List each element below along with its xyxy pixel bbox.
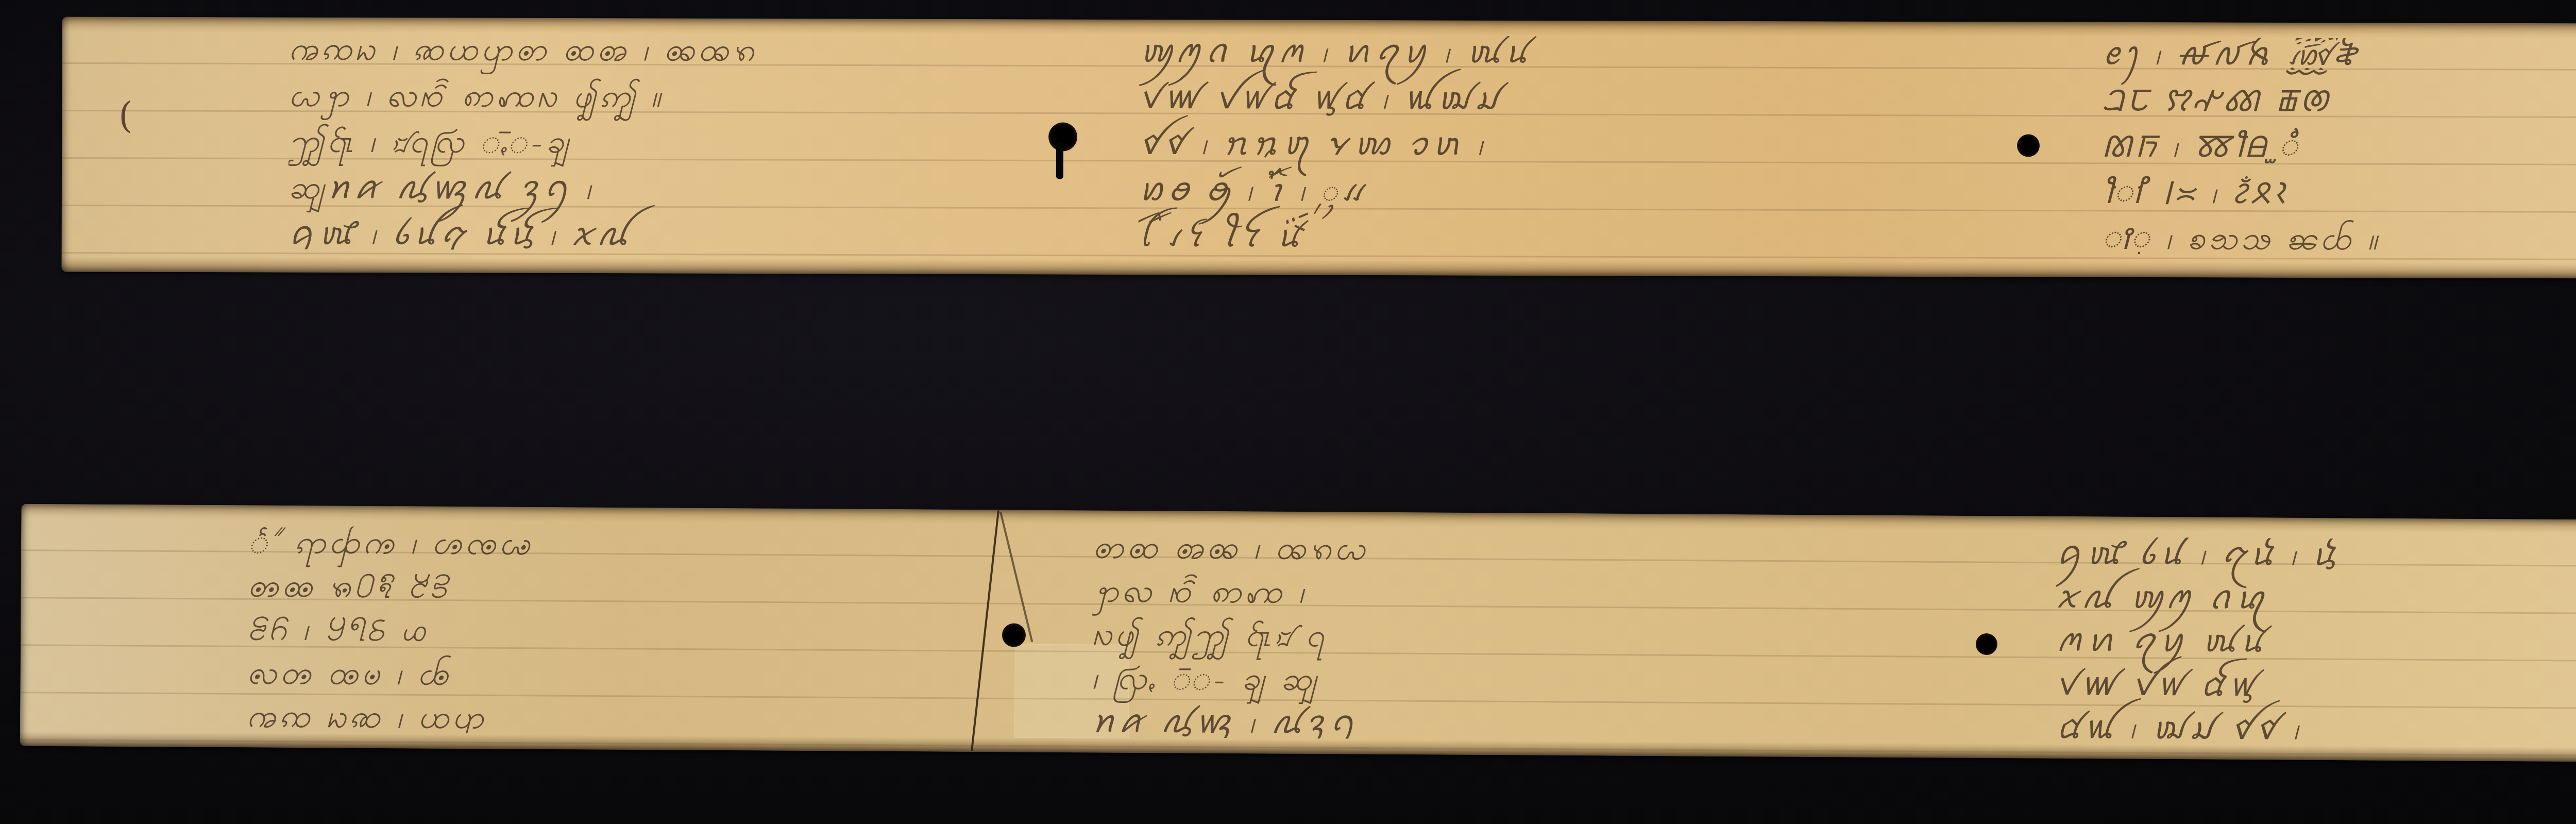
text-line: ꪇꪈ ၊ ꪉꪊꪋ ꪌꪍ ၊ ꪎꪏ [288, 217, 1061, 251]
text-line: ꪠꪡ ၊ ꪢꪣ ꪤꪥ ၊ [2055, 711, 2576, 747]
palm-leaf-upper: ( ꩠꩡꩢ ၊ ꩣꩤꩥꩦ ꩧꩨ ၊ ꩩꩪꩫ ꩬꩭ ၊ ꩮꩯꩰ ꩱꩲꩳ ꩴꩵ ။ … [61, 17, 2576, 280]
string-hole-right [2017, 134, 2040, 157]
text-line: ꩦꩧ ꩨꩩ ၊ ꩪꩫꩬ [1093, 531, 1969, 568]
text-line: ꪎꪏ ꪐꪑ ꪒꪓ [2056, 580, 2576, 616]
text-line: ꪚꪛ ꪜꪝꪞ ꪟꪠ ၊ ꪡꪢꪣ [1139, 81, 2014, 115]
text-line: ꪀꪁ ꪂꪃ ၊ ꪄꪅꪆ [1092, 705, 1968, 742]
text-line: ꪔꪕ ꪖꪗ ꪘꪙ [2056, 624, 2576, 660]
text-line: ꫵ꫶ ၊ ꧠꧡꧢ ꧣꧤ ။ [2102, 222, 2576, 256]
text-line: ꪐꪑꪒ ꪓꪔ ၊ ꪕꪖꪗ ၊ ꪘꪙ [1139, 35, 2014, 69]
text-line: ၊ ꩺꩻ ꩼꩽ ꩾ ꩿ [1092, 662, 1968, 699]
text-line: ꪶꪷ ꪸꪹꪺ ꪻꪼ ꪽꪾ ꪿ [1138, 220, 2014, 254]
text-line: ꩿꪀꪁ ꪂꪃꪄ ꪅꪆ ၊ [289, 171, 1061, 205]
text-line: ꫀ꫁ꫂ ၊ ꫛꫜꫝ ꫞꫟ [2102, 38, 2576, 71]
text-line: ꫮꫯ ꫰꫱ ၊ ꫲꫳꫴ [2102, 176, 2576, 209]
text-line: ꩬꩭ ၊ ꩮꩯꩰ ꩱꩲꩳ ꩴꩵ ။ [289, 79, 1061, 113]
text-line: ꧺꧻ ꧼꧽ ၊ ꧾ [247, 657, 994, 693]
text-block-right: ꪇꪈ ꪉꪊ ၊ ꪋꪌ ၊ ꪍ ꪎꪏ ꪐꪑ ꪒꪓ ꪔꪕ ꪖꪗ ꪘꪙ ꪚꪛ ꪜꪝ ꪞ… [2055, 537, 2576, 747]
string-hole-left [1002, 623, 1026, 647]
palm-leaf-lower: ꧥꧦ ꧧꧨꧩ ၊ ꧪꧫꧬ ꧭꧮ ꧯ꧰꧱ ꧲꧳ ꧴꧵ ၊ ꧶꧷꧸ ꧹ ꧺꧻ ꧼꧽ … [20, 504, 2576, 764]
text-line: ꩠꩡ ꩢꩣ ၊ ꩤꩥ [247, 700, 994, 736]
text-line: ꧴꧵ ၊ ꧶꧷꧸ ꧹ [247, 613, 994, 649]
text-line: ꧭꧮ ꧯ꧰꧱ ꧲꧳ [247, 569, 994, 606]
ink-drip [1056, 143, 1063, 179]
string-hole-right [1976, 633, 1997, 655]
text-line: ꩶ꩷ ၊ ꩸꩹ꩺ ꩻꩼꩽꩾ [289, 125, 1061, 159]
text-line: ꪭꪮ ꪯꪰ ၊ ꪱꪲꪳ ၊ ꪴꪵ [1139, 173, 2014, 207]
text-line: ꪇꪈ ꪉꪊ ၊ ꪋꪌ ၊ ꪍ [2056, 537, 2576, 573]
text-block-right: ꫀ꫁ꫂ ၊ ꫛꫜꫝ ꫞꫟ ꫠꫡ ꫢꫣꫤ ꫥꫦ ꫧꫨ ၊ ꫩꫪꫫ ꫬꫭ ꫮꫯ ꫰꫱… [2102, 38, 2576, 256]
text-line: ꫠꫡ ꫢꫣꫤ ꫥꫦ [2102, 83, 2576, 117]
text-block-center: ꩦꩧ ꩨꩩ ၊ ꩪꩫꩬ ꩭꩮ ꩯꩰ ꩱꩲ ၊ ꩳꩴ ꩵꩶ ꩷꩸ ꩹ ၊ ꩺꩻ ꩼ… [1092, 531, 1969, 742]
text-line: ꪚꪛ ꪜꪝ ꪞꪟ [2055, 667, 2576, 703]
text-line: ꫧꫨ ၊ ꫩꫪꫫ ꫬꫭ [2102, 130, 2576, 163]
text-block-center: ꪐꪑꪒ ꪓꪔ ၊ ꪕꪖꪗ ၊ ꪘꪙ ꪚꪛ ꪜꪝꪞ ꪟꪠ ၊ ꪡꪢꪣ ꪤꪥ ၊ ꪦ… [1138, 35, 2014, 254]
text-line: ꩭꩮ ꩯꩰ ꩱꩲ ၊ [1092, 575, 1968, 612]
text-block-left: ꧥꧦ ꧧꧨꧩ ၊ ꧪꧫꧬ ꧭꧮ ꧯ꧰꧱ ꧲꧳ ꧴꧵ ၊ ꧶꧷꧸ ꧹ ꧺꧻ ꧼꧽ … [247, 526, 995, 736]
text-line: ꩳꩴ ꩵꩶ ꩷꩸ ꩹ [1092, 618, 1968, 655]
text-line: ꧥꧦ ꧧꧨꧩ ၊ ꧪꧫꧬ [248, 526, 995, 562]
folio-mark: ( [118, 94, 133, 137]
text-line: ꩠꩡꩢ ၊ ꩣꩤꩥꩦ ꩧꩨ ၊ ꩩꩪꩫ [289, 33, 1061, 67]
text-block-left: ꩠꩡꩢ ၊ ꩣꩤꩥꩦ ꩧꩨ ၊ ꩩꩪꩫ ꩬꩭ ၊ ꩮꩯꩰ ꩱꩲꩳ ꩴꩵ ။ ꩶ꩷… [288, 33, 1061, 251]
text-line: ꪤꪥ ၊ ꪦꪧꪨ ꪩꪪ ꪫꪬ ၊ [1139, 127, 2014, 161]
leaf-crack [999, 512, 1033, 643]
